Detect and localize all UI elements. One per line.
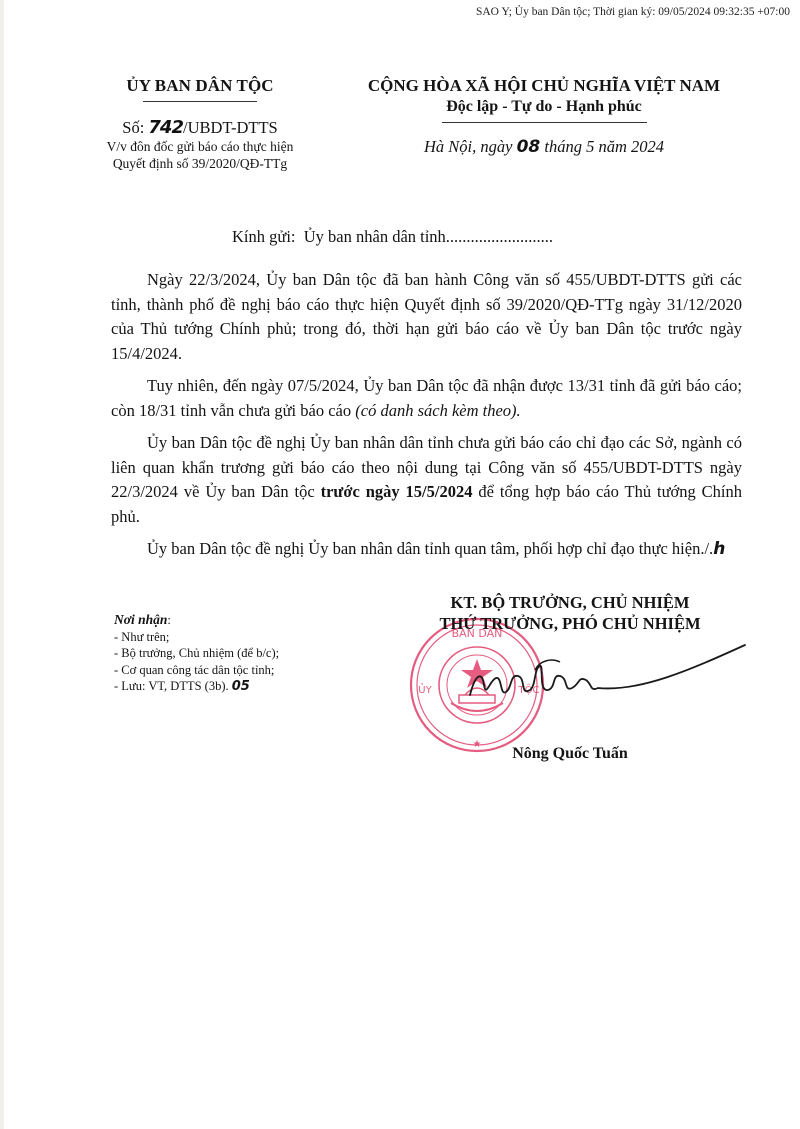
document-number: Số: 742/UBDT-DTTS [60,117,340,138]
distribution-item: - Lưu: VT, DTTS (3b). 05 [114,678,354,696]
nation-title: CỘNG HÒA XÃ HỘI CHỦ NGHĨA VIỆT NAM [344,76,744,96]
distribution-item: - Như trên; [114,629,354,646]
place-and-date: Hà Nội, ngày 08 tháng 5 năm 2024 [344,137,744,157]
signing-authority-line-2: THỨ TRƯỞNG, PHÓ CHỦ NHIỆM [400,613,740,634]
doc-number-handwritten: 742 [148,117,183,138]
addressee-line: Kính gửi: Ủy ban nhân dân tỉnh..........… [232,227,553,247]
addressee-label: Kính gửi: [232,227,296,246]
handwritten-signature-icon [440,640,750,720]
addressee-value: Ủy ban nhân dân tỉnh....................… [304,227,553,246]
svg-text:ỦY: ỦY [418,682,432,696]
signature-block: KT. BỘ TRƯỞNG, CHỦ NHIỆM THỨ TRƯỞNG, PHÓ… [400,592,740,634]
distribution-item: - Bộ trưởng, Chủ nhiệm (để b/c); [114,645,354,662]
body-paragraph-3: Ủy ban Dân tộc đề nghị Ủy ban nhân dân t… [111,431,742,529]
letter-body: Ngày 22/3/2024, Ủy ban Dân tộc đã ban hà… [111,268,742,570]
body-paragraph-2: Tuy nhiên, đến ngày 07/5/2024, Ủy ban Dâ… [111,374,742,423]
body-paragraph-4: Ủy ban Dân tộc đề nghị Ủy ban nhân dân t… [111,537,742,562]
date-prefix: Hà Nội, ngày [424,137,512,156]
subject-line-1: V/v đôn đốc gửi báo cáo thực hiện [60,138,340,155]
body-paragraph-1: Ngày 22/3/2024, Ủy ban Dân tộc đã ban hà… [111,268,742,366]
distribution-title-text: Nơi nhận [114,612,167,627]
distribution-item-text: - Lưu: VT, DTTS (3b). [114,679,229,693]
agency-name: ỦY BAN DÂN TỘC [60,76,340,96]
issuing-agency-block: ỦY BAN DÂN TỘC Số: 742/UBDT-DTTS V/v đôn… [60,76,340,172]
signing-authority-line-1: KT. BỘ TRƯỞNG, CHỦ NHIỆM [400,592,740,613]
doc-number-suffix: /UBDT-DTTS [183,118,278,137]
p2-italic-note: (có danh sách kèm theo). [355,401,520,420]
distribution-item: - Cơ quan công tác dân tộc tỉnh; [114,662,354,679]
agency-underline [143,101,257,102]
national-motto: Độc lập - Tự do - Hạnh phúc [344,98,744,116]
subject-line-2: Quyết định số 39/2020/QĐ-TTg [60,155,340,172]
date-day-handwritten: 08 [517,137,541,157]
p3-deadline: trước ngày 15/5/2024 [321,482,473,501]
digital-signature-stamp: SAO Y; Ủy ban Dân tộc; Thời gian ký: 09/… [476,6,790,18]
copies-handwritten: 05 [232,679,250,694]
p4-text: Ủy ban Dân tộc đề nghị Ủy ban nhân dân t… [147,539,713,558]
signer-name: Nông Quốc Tuấn [470,745,670,763]
initials-mark: h [713,539,725,559]
motto-underline [442,122,647,123]
distribution-title: Nơi nhận: [114,612,354,629]
scan-edge [0,0,4,1129]
distribution-list: Nơi nhận: - Như trên; - Bộ trưởng, Chủ n… [114,612,354,696]
national-header-block: CỘNG HÒA XÃ HỘI CHỦ NGHĨA VIỆT NAM Độc l… [344,76,744,157]
date-suffix: tháng 5 năm 2024 [544,137,664,156]
document-subject: V/v đôn đốc gửi báo cáo thực hiện Quyết … [60,138,340,172]
doc-number-label: Số: [122,118,144,137]
